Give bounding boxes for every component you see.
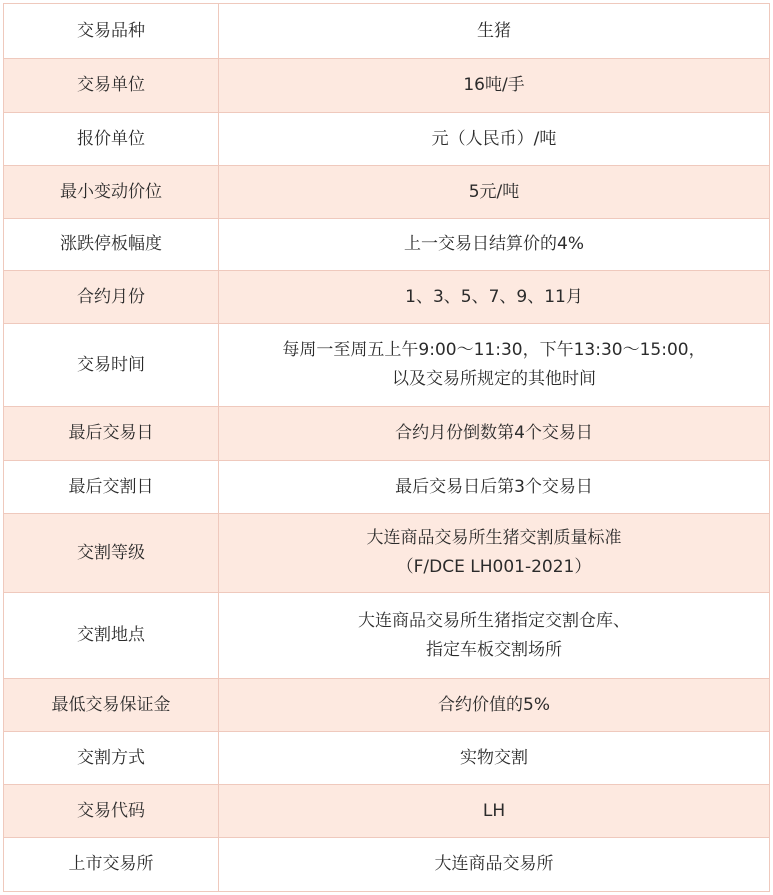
row-value: 5元/吨 [219,166,770,219]
table-row: 最低交易保证金合约价值的5% [4,679,770,732]
table-row: 交割等级大连商品交易所生猪交割质量标准（F/DCE LH001-2021） [4,514,770,593]
row-label: 最后交割日 [4,461,219,514]
contract-spec-table-container: 交易品种生猪交易单位16吨/手报价单位元（人民币）/吨最小变动价位5元/吨涨跌停… [3,3,770,892]
table-row: 交易品种生猪 [4,4,770,59]
row-label: 上市交易所 [4,838,219,892]
row-value: 元（人民币）/吨 [219,113,770,166]
row-value-line: 每周一至周五上午9:00～11:30，下午13:30～15:00， [227,336,761,365]
row-value-line: 16吨/手 [227,71,761,100]
table-row: 上市交易所大连商品交易所 [4,838,770,892]
row-value-line: 元（人民币）/吨 [227,125,761,154]
row-value: 合约价值的5% [219,679,770,732]
row-value: 1、3、5、7、9、11月 [219,271,770,324]
table-row: 最后交易日合约月份倒数第4个交易日 [4,407,770,461]
row-value-line: 以及交易所规定的其他时间 [227,365,761,394]
row-value-line: 大连商品交易所生猪指定交割仓库、 [227,607,761,636]
contract-spec-table: 交易品种生猪交易单位16吨/手报价单位元（人民币）/吨最小变动价位5元/吨涨跌停… [3,3,770,892]
row-value-line: 实物交割 [227,744,761,773]
row-label: 报价单位 [4,113,219,166]
row-label: 交易品种 [4,4,219,59]
table-row: 交易代码LH [4,785,770,838]
table-row: 交割方式实物交割 [4,732,770,785]
row-value-line: 上一交易日结算价的4% [227,230,761,259]
table-row: 合约月份1、3、5、7、9、11月 [4,271,770,324]
row-label: 合约月份 [4,271,219,324]
table-row: 交割地点大连商品交易所生猪指定交割仓库、指定车板交割场所 [4,593,770,679]
table-row: 报价单位元（人民币）/吨 [4,113,770,166]
row-label: 交易代码 [4,785,219,838]
row-label: 涨跌停板幅度 [4,219,219,271]
row-value: 大连商品交易所 [219,838,770,892]
row-value: LH [219,785,770,838]
row-value-line: 1、3、5、7、9、11月 [227,283,761,312]
row-label: 交易单位 [4,59,219,113]
row-value: 大连商品交易所生猪指定交割仓库、指定车板交割场所 [219,593,770,679]
table-row: 交易时间每周一至周五上午9:00～11:30，下午13:30～15:00，以及交… [4,324,770,407]
row-label: 最后交易日 [4,407,219,461]
row-value-line: 大连商品交易所生猪交割质量标准 [227,524,761,553]
row-value: 16吨/手 [219,59,770,113]
row-value: 最后交易日后第3个交易日 [219,461,770,514]
row-value-line: 生猪 [227,17,761,46]
row-label: 最小变动价位 [4,166,219,219]
table-row: 交易单位16吨/手 [4,59,770,113]
row-label: 交割方式 [4,732,219,785]
row-value: 实物交割 [219,732,770,785]
row-value-line: 最后交易日后第3个交易日 [227,473,761,502]
row-value-line: 合约月份倒数第4个交易日 [227,419,761,448]
table-row: 最后交割日最后交易日后第3个交易日 [4,461,770,514]
table-row: 涨跌停板幅度上一交易日结算价的4% [4,219,770,271]
row-value-line: LH [227,797,761,826]
row-value: 每周一至周五上午9:00～11:30，下午13:30～15:00，以及交易所规定… [219,324,770,407]
table-row: 最小变动价位5元/吨 [4,166,770,219]
row-value-line: 大连商品交易所 [227,850,761,879]
row-value-line: 指定车板交割场所 [227,636,761,665]
row-label: 交割等级 [4,514,219,593]
row-label: 交易时间 [4,324,219,407]
row-value-line: 5元/吨 [227,178,761,207]
row-value: 上一交易日结算价的4% [219,219,770,271]
row-label: 最低交易保证金 [4,679,219,732]
row-value-line: （F/DCE LH001-2021） [227,553,761,582]
row-label: 交割地点 [4,593,219,679]
row-value: 大连商品交易所生猪交割质量标准（F/DCE LH001-2021） [219,514,770,593]
row-value: 生猪 [219,4,770,59]
row-value-line: 合约价值的5% [227,691,761,720]
row-value: 合约月份倒数第4个交易日 [219,407,770,461]
